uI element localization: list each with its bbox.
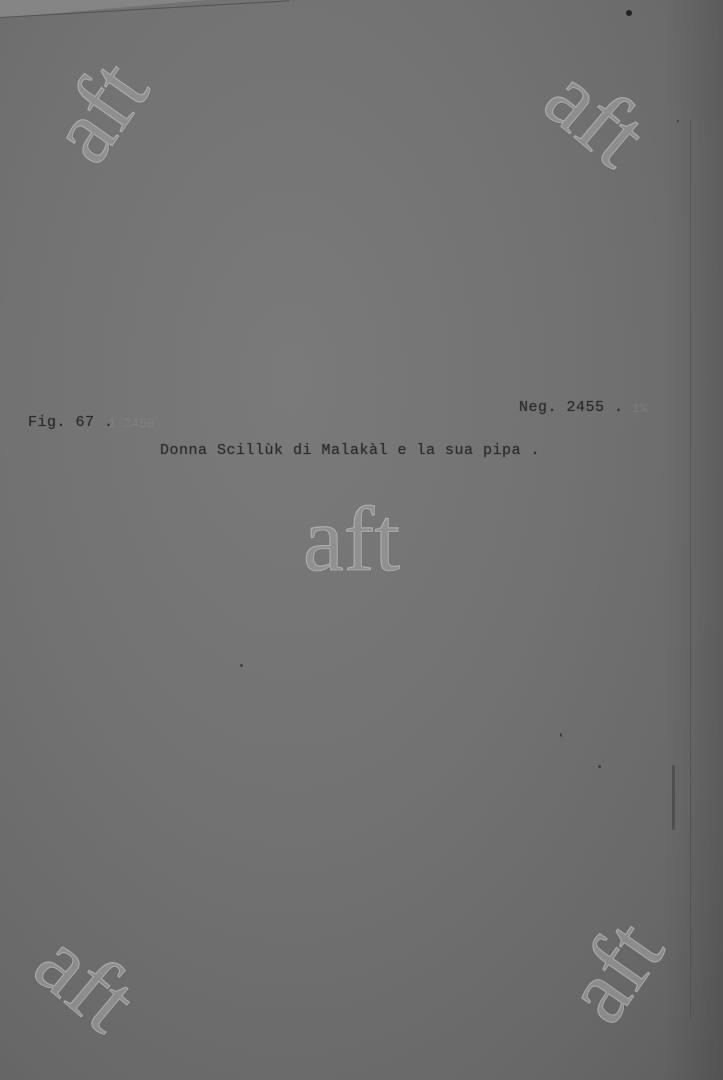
dust-speck (240, 664, 243, 667)
watermark-bottom-right: aft (548, 905, 679, 1037)
scratch-mark (672, 765, 675, 830)
dust-speck (560, 733, 562, 737)
right-edge-shadow (663, 0, 723, 1080)
caption-text: Donna Scillùk di Malakàl e la sua pipa . (160, 442, 540, 459)
watermark-center: aft (303, 493, 400, 585)
ghost-bleedthrough-text: 1% (632, 401, 648, 416)
dust-speck (677, 120, 679, 122)
watermark-top-right: aft (530, 50, 663, 183)
dust-speck (598, 765, 601, 768)
ghost-bleedthrough-text: 1 2458 (108, 416, 155, 431)
negative-number-label: Neg. 2455 . (519, 399, 624, 416)
scanned-document-page: aft aft aft aft aft 1 2458 1% Fig. 67 . … (0, 0, 723, 1080)
figure-label: Fig. 67 . (28, 414, 114, 431)
right-edge-line (690, 120, 691, 1020)
watermark-top-left: aft (33, 45, 164, 177)
dust-speck (626, 10, 632, 16)
watermark-bottom-left: aft (20, 915, 153, 1048)
